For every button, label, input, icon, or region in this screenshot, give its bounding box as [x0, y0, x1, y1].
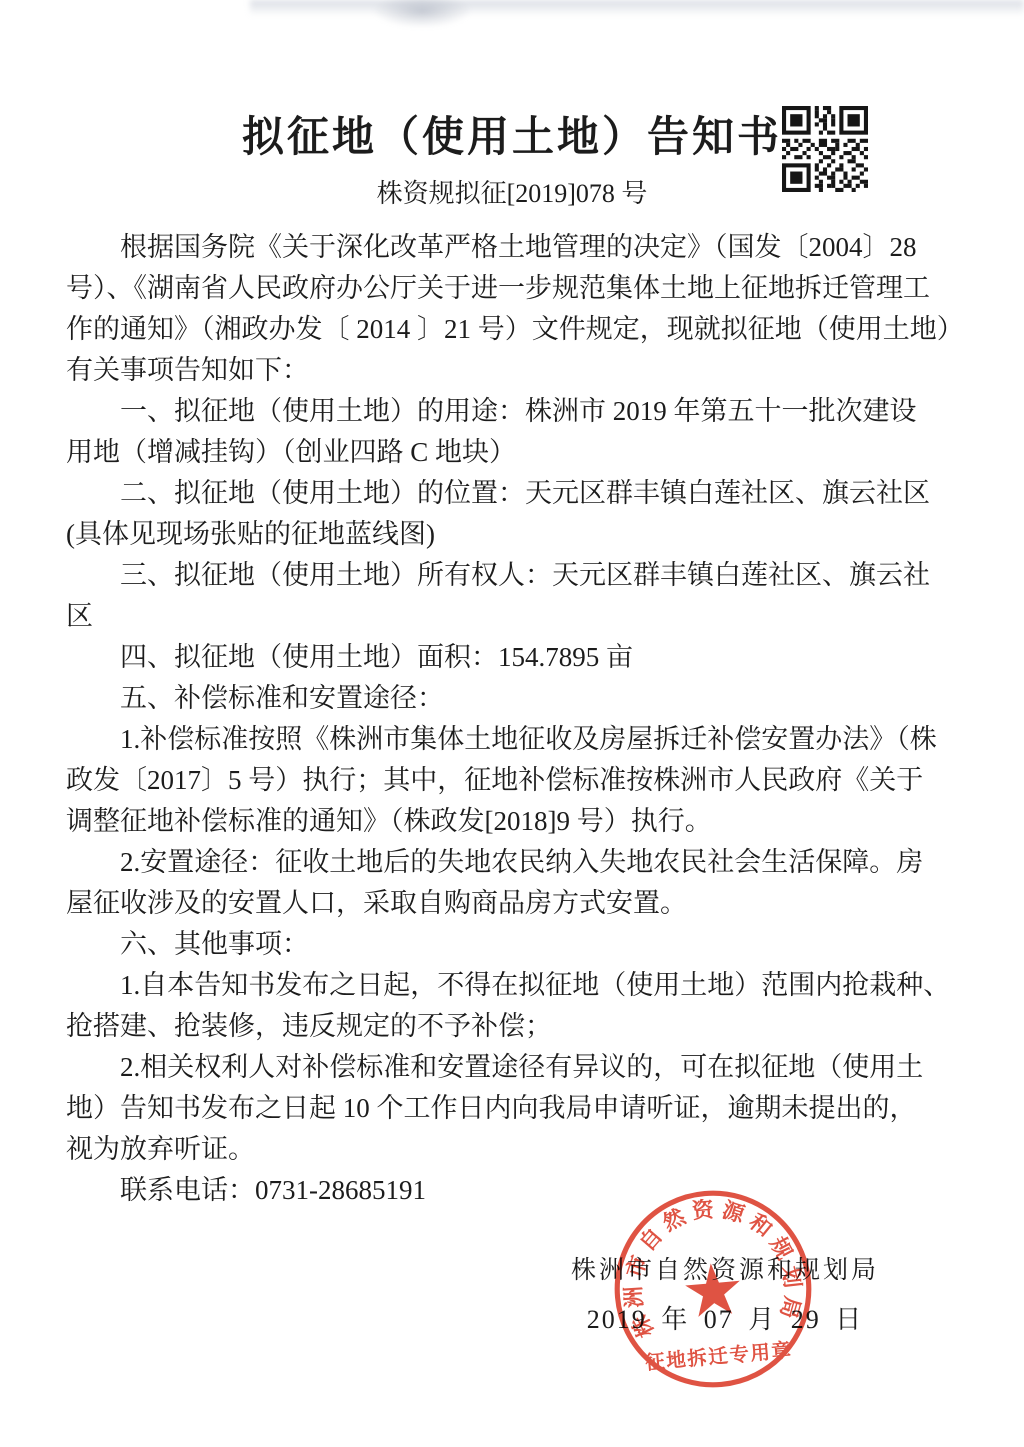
body-line: 2.相关权利人对补偿标准和安置途径有异议的，可在拟征地（使用土	[66, 1047, 960, 1088]
document-number: 株资规拟征[2019]078 号	[0, 177, 1024, 211]
body-text: 根据国务院《关于深化改革严格土地管理的决定》（国发〔2004〕28 号）、《湖南…	[66, 227, 960, 1211]
body-line: 有关事项告知如下：	[66, 350, 960, 391]
body-line: 作的通知》（湘政办发〔 2014 〕21 号）文件规定，现就拟征地（使用土地）	[66, 309, 960, 350]
body-line: 五、补偿标准和安置途径：	[66, 678, 960, 719]
body-line: 号）、《湖南省人民政府办公厅关于进一步规范集体土地上征地拆迁管理工	[66, 268, 960, 309]
body-line: 一、拟征地（使用土地）的用途：株洲市 2019 年第五十一批次建设	[66, 391, 960, 432]
body-line: 区	[66, 596, 960, 637]
scan-artifact	[250, 0, 1024, 16]
body-line: 视为放弃听证。	[66, 1129, 960, 1170]
body-line: 抢搭建、抢装修，违反规定的不予补偿；	[66, 1006, 960, 1047]
scan-artifact	[372, 0, 472, 28]
body-line: 根据国务院《关于深化改革严格土地管理的决定》（国发〔2004〕28	[66, 227, 960, 268]
body-line: 2.安置途径：征收土地后的失地农民纳入失地农民社会生活保障。房	[66, 842, 960, 883]
body-line: 屋征收涉及的安置人口，采取自购商品房方式安置。	[66, 883, 960, 924]
body-line: 政发〔2017〕5 号）执行；其中，征地补偿标准按株洲市人民政府《关于	[66, 760, 960, 801]
seal-banner-text: 征地拆迁专用章	[644, 1339, 793, 1375]
signing-date: 2019 年 07 月 29 日	[560, 1303, 890, 1337]
body-line: 联系电话：0731-28685191	[66, 1170, 960, 1211]
body-line: 地）告知书发布之日起 10 个工作日内向我局申请听证，逾期未提出的，	[66, 1088, 960, 1129]
signing-agency: 株洲市自然资源和规划局	[560, 1254, 890, 1288]
body-line: 用地（增减挂钩）（创业四路 C 地块）	[66, 432, 960, 473]
body-line: 六、其他事项：	[66, 924, 960, 965]
body-line: 1.补偿标准按照《株洲市集体土地征收及房屋拆迁补偿安置办法》（株	[66, 719, 960, 760]
body-line: 1.自本告知书发布之日起，不得在拟征地（使用土地）范围内抢栽种、	[66, 965, 960, 1006]
body-line: 调整征地补偿标准的通知》（株政发[2018]9 号）执行。	[66, 801, 960, 842]
signature-block: 株洲市自然资源和规划局 2019 年 07 月 29 日	[560, 1254, 890, 1337]
body-line: 三、拟征地（使用土地）所有权人：天元区群丰镇白莲社区、旗云社	[66, 555, 960, 596]
body-line: 二、拟征地（使用土地）的位置：天元区群丰镇白莲社区、旗云社区	[66, 473, 960, 514]
qr-code-icon	[782, 106, 868, 192]
body-line: (具体见现场张贴的征地蓝线图)	[66, 514, 960, 555]
document-page: 拟征地（使用土地）告知书 株资规拟征[2019]078 号	[0, 0, 1024, 1447]
page-title: 拟征地（使用土地）告知书	[0, 112, 1024, 165]
body-line: 四、拟征地（使用土地）面积：154.7895 亩	[66, 637, 960, 678]
